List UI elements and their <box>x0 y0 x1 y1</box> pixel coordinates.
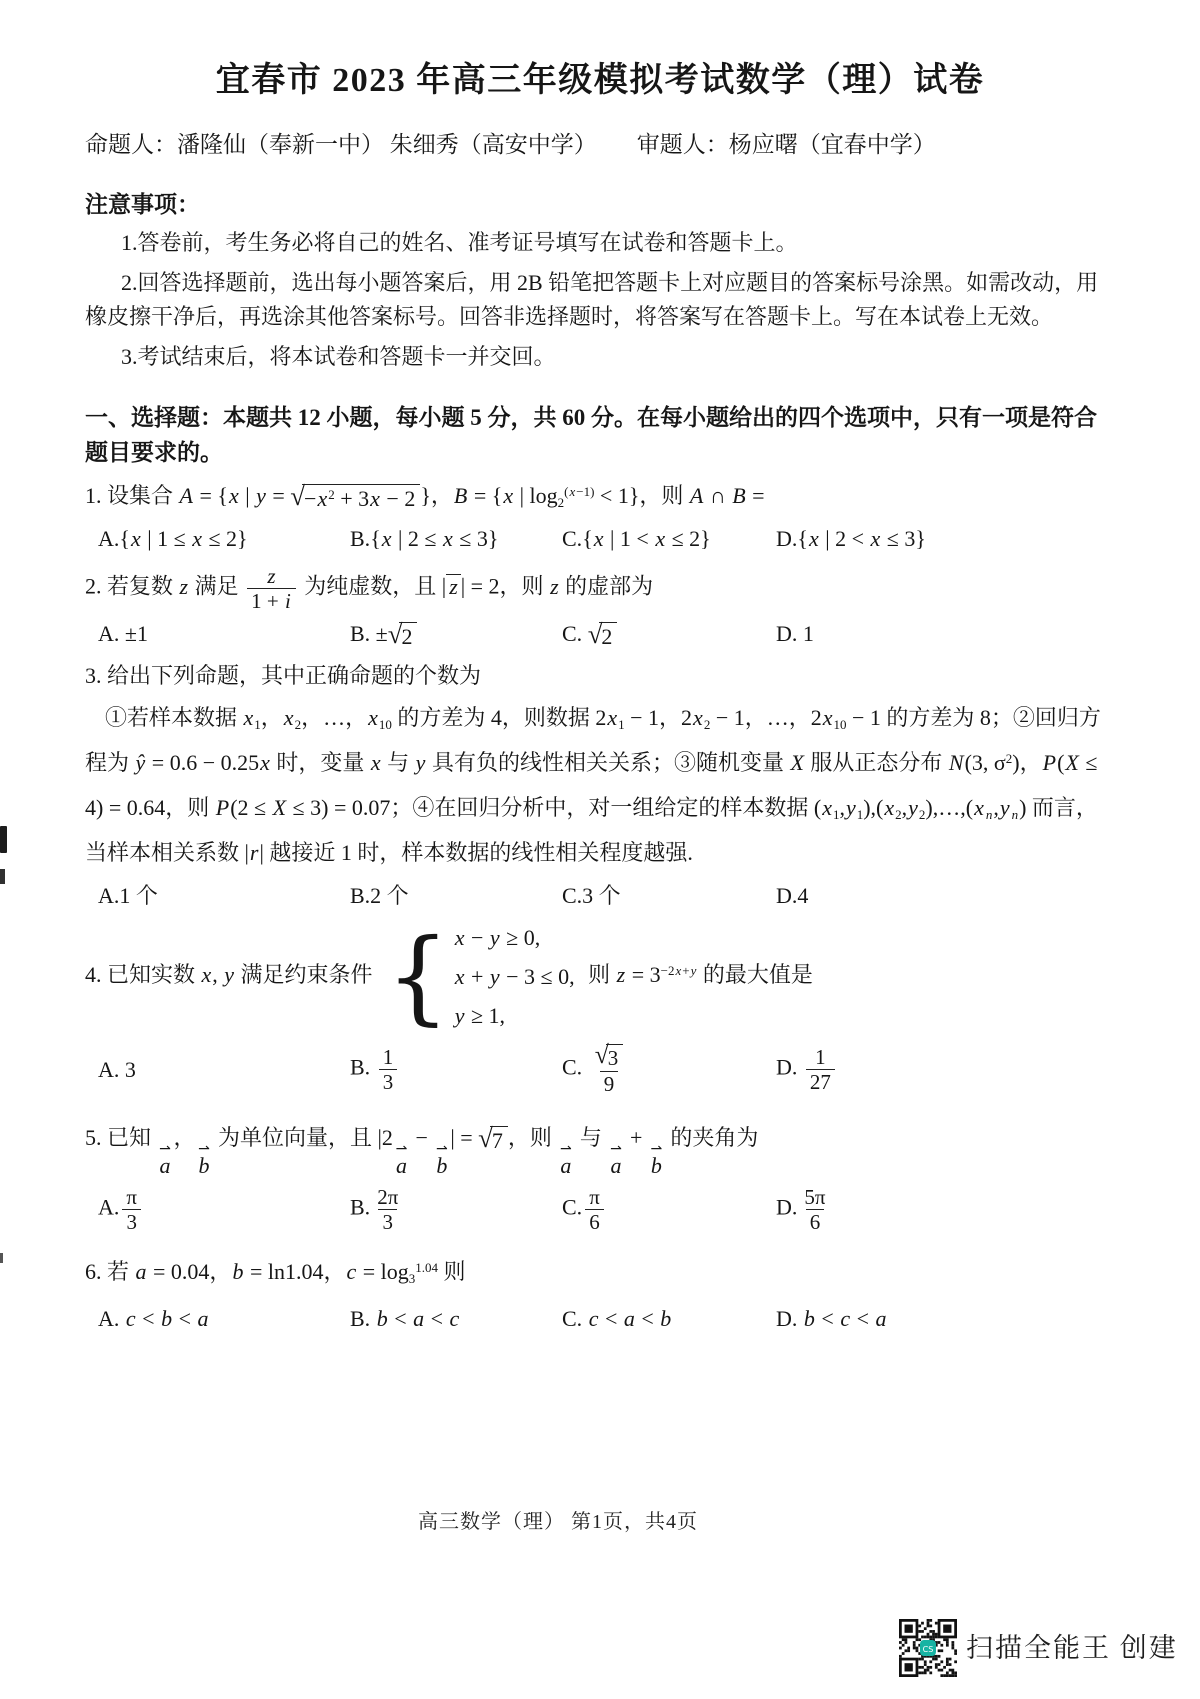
reviewer-text: 审题人：杨应曙（宜春中学） <box>637 130 936 160</box>
scan-artifact <box>0 826 7 853</box>
exam-page: 宜春市 2023 年高三年级模拟考试数学（理）试卷 命题人：潘隆仙（奉新一中） … <box>0 0 1200 1699</box>
question-3-options: A.1 个 B.2 个 C.3 个 D.4 <box>85 879 1115 913</box>
question-6-option-b: B. b < a < c <box>350 1302 562 1336</box>
question-4-options: A. 3 B. 13 C. √39 D. 127 <box>85 1043 1115 1096</box>
question-1-option-d: D.{x | 2 < x ≤ 3} <box>776 522 1115 556</box>
question-4-option-c: C. √39 <box>562 1043 776 1096</box>
question-6-stem: 6. 若 a = 0.04，b = ln1.04，c = log31.04 则 <box>85 1250 1115 1294</box>
notice-item-3: 3.考试结束后，将本试卷和答题卡一并交回。 <box>85 340 1115 374</box>
page-title: 宜春市 2023 年高三年级模拟考试数学（理）试卷 <box>85 56 1115 106</box>
question-5-option-b: B.2π3 <box>350 1185 562 1234</box>
svg-text:CS: CS <box>923 1645 934 1654</box>
question-3-option-a: A.1 个 <box>98 879 350 913</box>
question-6-option-a: A. c < b < a <box>98 1302 350 1336</box>
notice-item-2: 2.回答选择题前，选出每小题答案后，用 2B 铅笔把答题卡上对应题目的答案标号涂… <box>85 266 1115 334</box>
question-3-option-b: B.2 个 <box>350 879 562 913</box>
question-3-body: ①若样本数据 x1，x2，…，x10 的方差为 4，则数据 2x1 − 1，2x… <box>85 695 1115 875</box>
qr-code-pattern: CS <box>899 1619 957 1677</box>
question-1-stem: 1. 设集合 A = {x | y = √−x2 + 3x − 2}，B = {… <box>85 474 1115 518</box>
question-1: 1. 设集合 A = {x | y = √−x2 + 3x − 2}，B = {… <box>85 474 1115 556</box>
question-2-option-b: B. ±√2 <box>350 617 562 651</box>
question-3: 3. 给出下列命题，其中正确命题的个数为 ①若样本数据 x1，x2，…，x10 … <box>85 657 1115 913</box>
question-1-options: A.{x | 1 ≤ x ≤ 2} B.{x | 2 ≤ x ≤ 3} C.{x… <box>85 522 1115 556</box>
question-2-option-c: C. √2 <box>562 617 776 651</box>
question-1-option-a: A.{x | 1 ≤ x ≤ 2} <box>98 522 350 556</box>
section-1-heading: 一、选择题：本题共 12 小题，每小题 5 分，共 60 分。在每小题给出的四个… <box>85 400 1115 470</box>
notice-item-1: 1.答卷前，考生务必将自己的姓名、准考证号填写在试卷和答题卡上。 <box>85 226 1115 260</box>
question-6-options: A. c < b < a B. b < a < c C. c < a < b D… <box>85 1302 1115 1336</box>
question-4: 4. 已知实数 x, y 满足约束条件 {x − y ≥ 0,x + y − 3… <box>85 925 1115 1096</box>
question-2-options: A. ±1 B. ±√2 C. √2 D. 1 <box>85 617 1115 651</box>
qr-code-icon: CS <box>899 1619 957 1677</box>
question-5-option-c: C.π6 <box>562 1185 776 1234</box>
question-2-option-a: A. ±1 <box>98 617 350 651</box>
question-1-option-c: C.{x | 1 < x ≤ 2} <box>562 522 776 556</box>
question-3-stem: 3. 给出下列命题，其中正确命题的个数为 <box>85 657 1115 695</box>
question-6: 6. 若 a = 0.04，b = ln1.04，c = log31.04 则 … <box>85 1250 1115 1336</box>
question-5-stem: 5. 已知 ⇀a，⇀b 为单位向量，且 |2⇀a − ⇀b| = √7，则 ⇀a… <box>85 1116 1115 1177</box>
question-5: 5. 已知 ⇀a，⇀b 为单位向量，且 |2⇀a − ⇀b| = √7，则 ⇀a… <box>85 1116 1115 1234</box>
question-2-option-d: D. 1 <box>776 617 1115 651</box>
proposers-text: 命题人：潘隆仙（奉新一中） 朱细秀（高安中学） <box>85 130 597 160</box>
page-content: 宜春市 2023 年高三年级模拟考试数学（理）试卷 命题人：潘隆仙（奉新一中） … <box>0 0 1200 1336</box>
question-5-options: A.π3 B.2π3 C.π6 D.5π6 <box>85 1185 1115 1234</box>
question-6-option-d: D. b < c < a <box>776 1302 1115 1336</box>
question-4-option-d: D. 127 <box>776 1045 1115 1094</box>
question-6-option-c: C. c < a < b <box>562 1302 776 1336</box>
question-3-option-c: C.3 个 <box>562 879 776 913</box>
scan-artifact <box>0 869 5 884</box>
question-4-option-a: A. 3 <box>98 1053 350 1087</box>
question-4-option-b: B. 13 <box>350 1045 562 1094</box>
question-1-option-b: B.{x | 2 ≤ x ≤ 3} <box>350 522 562 556</box>
scanner-watermark-text: 扫描全能王 创建 <box>966 1626 1178 1665</box>
page-footer: 高三数学（理） 第1页，共4页 <box>0 1505 1200 1534</box>
page-footer-text: 高三数学（理） 第1页，共4页 <box>418 1511 698 1533</box>
notice-heading: 注意事项： <box>85 190 1115 220</box>
question-5-option-a: A.π3 <box>98 1185 350 1234</box>
authors-line: 命题人：潘隆仙（奉新一中） 朱细秀（高安中学） 审题人：杨应曙（宜春中学） <box>85 130 1115 160</box>
question-4-stem: 4. 已知实数 x, y 满足约束条件 {x − y ≥ 0,x + y − 3… <box>85 925 1115 1029</box>
question-5-option-d: D.5π6 <box>776 1185 1115 1234</box>
question-2: 2. 若复数 z 满足 z1 + i 为纯虚数，且 |z| = 2，则 z 的虚… <box>85 564 1115 651</box>
scan-artifact <box>0 1253 3 1263</box>
question-2-stem: 2. 若复数 z 满足 z1 + i 为纯虚数，且 |z| = 2，则 z 的虚… <box>85 564 1115 613</box>
question-3-option-d: D.4 <box>776 879 1115 913</box>
